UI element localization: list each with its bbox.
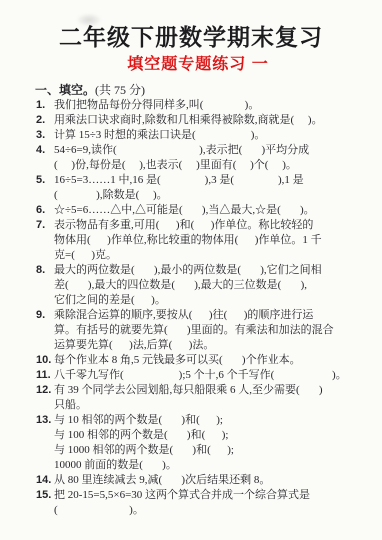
worksheet-subtitle: 填空题专题练习 一 xyxy=(7,56,382,74)
question-number: 7. xyxy=(36,218,54,233)
question-line: 11.八千零九写作( );5 个十,6 个千写作( )。 xyxy=(36,368,382,383)
question-line: 12.有 39 个同学去公园划船,每只船限乘 6 人,至少需要( ) xyxy=(36,383,382,398)
question-line: 10.每个作业本 8 角,5 元钱最多可以买( )个作业本。 xyxy=(36,353,382,368)
question-text: 与 10 相邻的两个数是( )和( ); xyxy=(54,414,223,426)
question-line: 它们之间的差是( )。 xyxy=(54,293,382,308)
question-number: 14. xyxy=(36,473,54,488)
worksheet-title: 二年级下册数学期末复习 xyxy=(0,24,382,50)
question-number: 4. xyxy=(36,143,54,158)
question-number: 1. xyxy=(36,98,54,113)
question-line: 物体用( )作单位,称比较重的物体用( )作单位。1 千 xyxy=(54,233,382,248)
question-line: 与 1000 相邻的两个数是( )和( ); xyxy=(54,443,382,458)
question-text: 最大的两位数是( ),最小的两位数是( ),它们之间相 xyxy=(54,264,322,276)
section-heading-label: 一、填空。 xyxy=(35,83,95,97)
question-text: 从 80 里连续减去 9,减( )次后结果还剩 8。 xyxy=(54,474,270,486)
question-text: 只船。 xyxy=(54,399,87,411)
question-list: 1.我们把物品每份分得同样多,叫( )。2.用乘法口诀求商时,除数和几相乘得被除… xyxy=(0,98,382,518)
question-number: 9. xyxy=(36,308,54,323)
question-text: 我们把物品每份分得同样多,叫( )。 xyxy=(54,99,259,111)
question-line: 9.乘除混合运算的顺序,要按从( )往( )的顺序进行运 xyxy=(36,308,382,323)
question-line: 1.我们把物品每份分得同样多,叫( )。 xyxy=(36,98,382,113)
question-text: ( ),除数是( )。 xyxy=(54,189,168,201)
question-number: 10. xyxy=(36,353,54,368)
question-line: 8.最大的两位数是( ),最小的两位数是( ),它们之间相 xyxy=(36,263,382,278)
question-line: ( )。 xyxy=(54,503,382,518)
question-text: 表示物品有多重,可用( )和( )作单位。称比较轻的 xyxy=(54,219,313,231)
question-number: 5. xyxy=(36,173,54,188)
question-line: 10000 前面的数是( )。 xyxy=(54,458,382,473)
question-number: 12. xyxy=(36,383,54,398)
question-text: 54÷6=9,读作( ),表示把( )平均分成 xyxy=(54,144,309,156)
question-line: 15.把 20-15=5,5×6=30 这两个算式合并成一个综合算式是 xyxy=(36,488,382,503)
question-text: 它们之间的差是( )。 xyxy=(54,294,166,306)
question-text: ( )。 xyxy=(54,504,144,516)
question-text: 把 20-15=5,5×6=30 这两个算式合并成一个综合算式是 xyxy=(54,489,310,501)
question-text: 运算要先算( )法,后算( )法。 xyxy=(54,339,214,351)
question-text: 16÷5=3……1 中,16 是( ),3 是( ),1 是 xyxy=(54,174,304,186)
question-number: 11. xyxy=(36,368,54,383)
question-text: 与 1000 相邻的两个数是( )和( ); xyxy=(54,444,234,456)
section-heading: 一、填空。(共 75 分) xyxy=(35,83,382,97)
question-text: 算。有括号的就要先算( )里面的。有乘法和加法的混合 xyxy=(54,324,334,336)
question-text: ☆÷5=6……△中,△可能是( ),当△最大,☆是( )。 xyxy=(54,204,315,216)
question-text: 计算 15÷3 时想的乘法口诀是( )。 xyxy=(54,129,265,141)
section-score: (共 75 分) xyxy=(95,83,145,97)
question-line: 运算要先算( )法,后算( )法。 xyxy=(54,338,382,353)
question-text: 克=( )克。 xyxy=(54,249,117,261)
question-text: 差( ),最大的四位数是( ),最大的三位数是( ), xyxy=(54,279,307,291)
worksheet-page: 二年级下册数学期末复习 填空题专题练习 一 一、填空。(共 75 分) 1.我们… xyxy=(0,24,382,518)
question-line: 3.计算 15÷3 时想的乘法口诀是( )。 xyxy=(36,128,382,143)
question-text: ( )份,每份是( ),也表示( )里面有( )个( )。 xyxy=(54,159,297,171)
question-line: 14.从 80 里连续减去 9,减( )次后结果还剩 8。 xyxy=(36,473,382,488)
question-line: 与 100 相邻的两个数是( )和( ); xyxy=(54,428,382,443)
question-line: 4.54÷6=9,读作( ),表示把( )平均分成 xyxy=(36,143,382,158)
question-text: 乘除混合运算的顺序,要按从( )往( )的顺序进行运 xyxy=(54,309,313,321)
question-line: 7.表示物品有多重,可用( )和( )作单位。称比较轻的 xyxy=(36,218,382,233)
question-number: 13. xyxy=(36,413,54,428)
question-line: ( ),除数是( )。 xyxy=(54,188,382,203)
question-line: 13.与 10 相邻的两个数是( )和( ); xyxy=(36,413,382,428)
question-text: 八千零九写作( );5 个十,6 个千写作( )。 xyxy=(54,369,347,381)
question-number: 6. xyxy=(36,203,54,218)
question-line: ( )份,每份是( ),也表示( )里面有( )个( )。 xyxy=(54,158,382,173)
question-line: 5.16÷5=3……1 中,16 是( ),3 是( ),1 是 xyxy=(36,173,382,188)
question-line: 2.用乘法口诀求商时,除数和几相乘得被除数,商就是( )。 xyxy=(36,113,382,128)
question-line: 差( ),最大的四位数是( ),最大的三位数是( ), xyxy=(54,278,382,293)
question-text: 每个作业本 8 角,5 元钱最多可以买( )个作业本。 xyxy=(54,354,301,366)
question-line: 克=( )克。 xyxy=(54,248,382,263)
question-line: 算。有括号的就要先算( )里面的。有乘法和加法的混合 xyxy=(54,323,382,338)
question-number: 3. xyxy=(36,128,54,143)
question-text: 10000 前面的数是( )。 xyxy=(54,459,177,471)
question-line: 6.☆÷5=6……△中,△可能是( ),当△最大,☆是( )。 xyxy=(36,203,382,218)
question-text: 用乘法口诀求商时,除数和几相乘得被除数,商就是( )。 xyxy=(54,114,323,126)
question-text: 与 100 相邻的两个数是( )和( ); xyxy=(54,429,228,441)
question-line: 只船。 xyxy=(54,398,382,413)
question-number: 8. xyxy=(36,263,54,278)
question-number: 2. xyxy=(36,113,54,128)
question-number: 15. xyxy=(36,488,54,503)
question-text: 物体用( )作单位,称比较重的物体用( )作单位。1 千 xyxy=(54,234,322,246)
question-text: 有 39 个同学去公园划船,每只船限乘 6 人,至少需要( ) xyxy=(54,384,323,396)
